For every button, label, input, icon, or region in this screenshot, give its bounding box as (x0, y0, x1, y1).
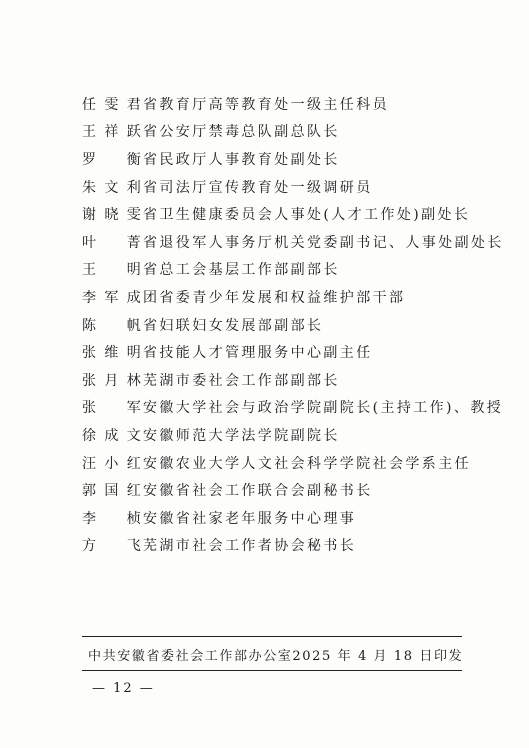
list-item: 谢晓雯 省卫生健康委员会人事处(人才工作处)副处长 (82, 200, 482, 228)
list-item: 罗衡 省民政厅人事教育处副处长 (82, 145, 482, 173)
person-title: 省总工会基层工作部副部长 (143, 259, 482, 279)
person-title: 芜湖市委社会工作部副部长 (143, 370, 482, 390)
person-name: 叶菁 (82, 232, 143, 252)
person-name: 李桢 (82, 508, 143, 528)
list-item: 张月林 芜湖市委社会工作部副部长 (82, 366, 482, 394)
person-title: 省卫生健康委员会人事处(人才工作处)副处长 (143, 204, 482, 224)
person-title: 省妇联妇女发展部副部长 (143, 315, 482, 335)
list-item: 徐成文 安徽师范大学法学院副院长 (82, 421, 482, 449)
person-name: 汪小红 (82, 453, 143, 473)
footer-top-rule (82, 636, 462, 637)
person-name: 张军 (82, 397, 143, 417)
person-name: 郭国红 (82, 480, 143, 500)
list-item: 任雯君 省教育厅高等教育处一级主任科员 (82, 90, 482, 118)
list-item: 李军成 团省委青少年发展和权益维护部干部 (82, 283, 482, 311)
person-name: 陈帆 (82, 315, 143, 335)
person-title: 团省委青少年发展和权益维护部干部 (143, 287, 482, 307)
list-item: 方飞 芜湖市社会工作者协会秘书长 (82, 532, 482, 560)
document-page: 任雯君 省教育厅高等教育处一级主任科员 王祥跃 省公安厅禁毒总队副总队长 罗衡 … (0, 0, 529, 748)
person-title: 安徽师范大学法学院副院长 (143, 425, 482, 445)
page-number: — 12 — (92, 681, 155, 696)
person-title: 省教育厅高等教育处一级主任科员 (143, 94, 482, 114)
person-name: 朱文利 (82, 177, 143, 197)
list-item: 张维明 省技能人才管理服务中心副主任 (82, 338, 482, 366)
person-name: 罗衡 (82, 149, 143, 169)
print-date: 2025 年 4 月 18 日印发 (292, 645, 463, 664)
name-list: 任雯君 省教育厅高等教育处一级主任科员 王祥跃 省公安厅禁毒总队副总队长 罗衡 … (82, 90, 482, 559)
person-title: 省技能人才管理服务中心副主任 (143, 342, 482, 362)
issuer-text: 中共安徽省委社会工作部办公室 (88, 645, 292, 664)
list-item: 李桢 安徽省社家老年服务中心理事 (82, 504, 482, 532)
list-item: 王明 省总工会基层工作部副部长 (82, 256, 482, 284)
person-title: 安徽大学社会与政治学院副院长(主持工作)、教授 (143, 397, 503, 417)
person-name: 张维明 (82, 342, 143, 362)
list-item: 郭国红 安徽省社会工作联合会副秘书长 (82, 476, 482, 504)
person-name: 方飞 (82, 535, 143, 555)
list-item: 张军 安徽大学社会与政治学院副院长(主持工作)、教授 (82, 394, 482, 422)
list-item: 叶菁 省退役军人事务厅机关党委副书记、人事处副处长 (82, 228, 482, 256)
person-title: 安徽农业大学人文社会科学学院社会学系主任 (143, 453, 482, 473)
person-title: 省公安厅禁毒总队副总队长 (143, 121, 482, 141)
list-item: 朱文利 省司法厅宣传教育处一级调研员 (82, 173, 482, 201)
person-name: 谢晓雯 (82, 204, 143, 224)
person-name: 徐成文 (82, 425, 143, 445)
list-item: 王祥跃 省公安厅禁毒总队副总队长 (82, 118, 482, 146)
list-item: 汪小红 安徽农业大学人文社会科学学院社会学系主任 (82, 449, 482, 477)
person-title: 芜湖市社会工作者协会秘书长 (143, 535, 482, 555)
person-title: 省退役军人事务厅机关党委副书记、人事处副处长 (143, 232, 504, 252)
person-name: 李军成 (82, 287, 143, 307)
person-title: 省民政厅人事教育处副处长 (143, 149, 482, 169)
print-footer: 中共安徽省委社会工作部办公室 2025 年 4 月 18 日印发 (88, 644, 456, 664)
list-item: 陈帆 省妇联妇女发展部副部长 (82, 311, 482, 339)
person-title: 安徽省社家老年服务中心理事 (143, 508, 482, 528)
person-name: 王明 (82, 259, 143, 279)
footer-bottom-rule (82, 670, 462, 671)
person-title: 安徽省社会工作联合会副秘书长 (143, 480, 482, 500)
person-name: 任雯君 (82, 94, 143, 114)
person-name: 王祥跃 (82, 121, 143, 141)
person-name: 张月林 (82, 370, 143, 390)
person-title: 省司法厅宣传教育处一级调研员 (143, 177, 482, 197)
